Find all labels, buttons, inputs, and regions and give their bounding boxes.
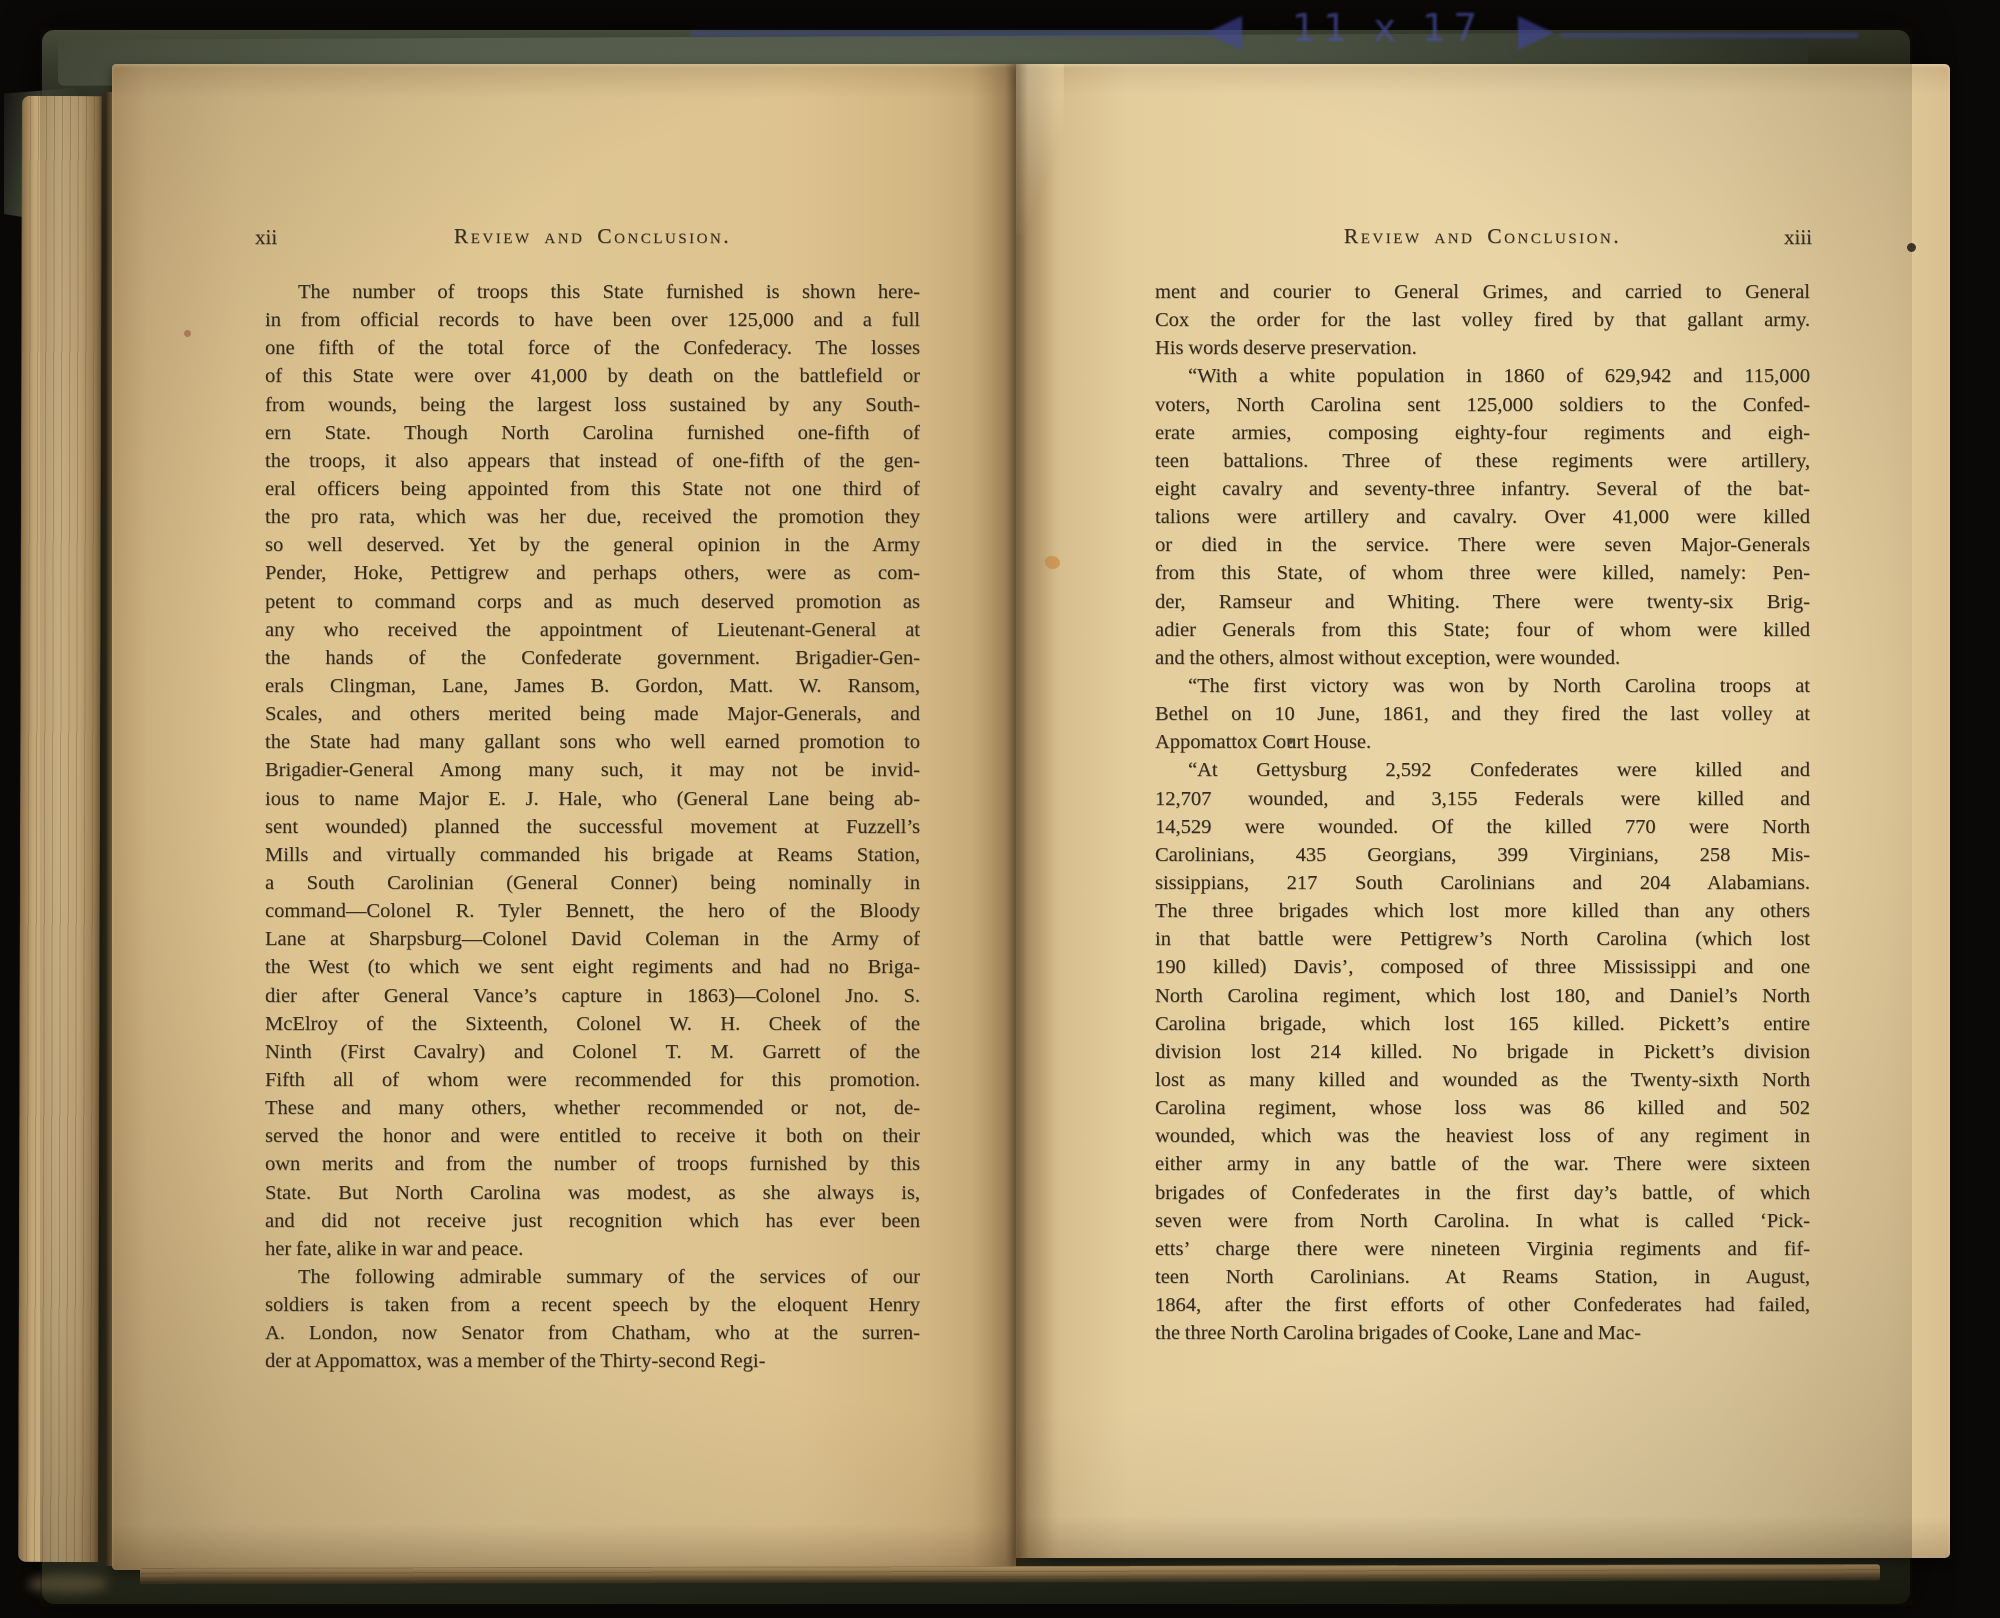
text-line: from this State, of whom three were kill… (1155, 559, 1810, 587)
text-line: the troops, it also appears that instead… (265, 447, 920, 475)
ink-dot (1288, 738, 1293, 744)
text-line: the State had many gallant sons who well… (265, 728, 920, 756)
text-line: command—Colonel R. Tyler Bennett, the he… (265, 897, 920, 925)
text-line: soldiers is taken from a recent speech b… (265, 1291, 920, 1319)
text-line: “With a white population in 1860 of 629,… (1155, 362, 1810, 390)
text-line: in that battle were Pettigrew’s North Ca… (1155, 925, 1810, 953)
text-line: Carolinians, 435 Georgians, 399 Virginia… (1155, 841, 1810, 869)
text-line: eral officers being appointed from this … (265, 475, 920, 503)
right-running-header: Review and Conclusion. (1155, 224, 1810, 249)
page-fold-highlight (1016, 64, 1064, 234)
text-line: brigades of Confederates in the first da… (1155, 1179, 1810, 1207)
text-line: adier Generals from this State; four of … (1155, 616, 1810, 644)
text-line: Cox the order for the last volley fired … (1155, 306, 1810, 334)
text-line: any who received the appointment of Lieu… (265, 616, 920, 644)
text-line: Ninth (First Cavalry) and Colonel T. M. … (265, 1038, 920, 1066)
text-line: the three North Carolina brigades of Coo… (1155, 1319, 1810, 1347)
text-line: Carolina brigade, which lost 165 killed.… (1155, 1010, 1810, 1038)
text-line: erate armies, composing eighty-four regi… (1155, 419, 1810, 447)
text-line: a South Carolinian (General Conner) bein… (265, 869, 920, 897)
text-line: wounded, which was the heaviest loss of … (1155, 1122, 1810, 1150)
text-line: of this State were over 41,000 by death … (265, 362, 920, 390)
text-line: der, Ramseur and Whiting. There were twe… (1155, 588, 1810, 616)
text-line: ious to name Major E. J. Hale, who (Gene… (265, 785, 920, 813)
text-line: Lane at Sharpsburg—Colonel David Coleman… (265, 925, 920, 953)
text-line: one fifth of the total force of the Conf… (265, 334, 920, 362)
text-line: in from official records to have been ov… (265, 306, 920, 334)
text-line: Bethel on 10 June, 1861, and they fired … (1155, 700, 1810, 728)
text-line: North Carolina regiment, which lost 180,… (1155, 982, 1810, 1010)
annotation-size-label: 11 x 17 (1292, 6, 1484, 50)
right-arrow-icon (1518, 16, 1554, 50)
text-line: teen battalions. Three of these regiment… (1155, 447, 1810, 475)
text-line: A. London, now Senator from Chatham, who… (265, 1319, 920, 1347)
ink-dot (1907, 243, 1916, 252)
worn-cover-corner (28, 1574, 108, 1594)
left-page-header: xii Review and Conclusion. (265, 224, 920, 256)
text-line: His words deserve preservation. (1155, 334, 1810, 362)
text-line: voters, North Carolina sent 125,000 sold… (1155, 391, 1810, 419)
text-line: erals Clingman, Lane, James B. Gordon, M… (265, 672, 920, 700)
text-line: 12,707 wounded, and 3,155 Federals were … (1155, 785, 1810, 813)
text-line: 190 killed) Davis’, composed of three Mi… (1155, 953, 1810, 981)
text-line: sissippians, 217 South Carolinians and 2… (1155, 869, 1810, 897)
text-line: the hands of the Confederate government.… (265, 644, 920, 672)
text-line: The three brigades which lost more kille… (1155, 897, 1810, 925)
left-page-number: xii (255, 225, 277, 250)
text-line: talions were artillery and cavalry. Over… (1155, 503, 1810, 531)
text-line: Mills and virtually commanded his brigad… (265, 841, 920, 869)
left-running-header: Review and Conclusion. (265, 224, 920, 249)
text-line: Scales, and others merited being made Ma… (265, 700, 920, 728)
text-line: eight cavalry and seventy-three infantry… (1155, 475, 1810, 503)
text-line: “At Gettysburg 2,592 Confederates were k… (1155, 756, 1810, 784)
text-line: “The first victory was won by North Caro… (1155, 672, 1810, 700)
text-line: ment and courier to General Grimes, and … (1155, 278, 1810, 306)
text-line: from wounds, being the largest loss sust… (265, 391, 920, 419)
text-line: own merits and from the number of troops… (265, 1150, 920, 1178)
text-line: ern State. Though North Carolina furnish… (265, 419, 920, 447)
right-page-header: Review and Conclusion. xiii (1155, 224, 1810, 256)
right-page-text: ment and courier to General Grimes, and … (1155, 278, 1810, 1347)
text-line: and did not receive just recognition whi… (265, 1207, 920, 1235)
text-line: der at Appomattox, was a member of the T… (265, 1347, 920, 1375)
text-line: the pro rata, which was her due, receive… (265, 503, 920, 531)
page-edge-stack (18, 96, 102, 1562)
text-line: Appomattox Court House. (1155, 728, 1810, 756)
text-line: so well deserved. Yet by the general opi… (265, 531, 920, 559)
text-line: McElroy of the Sixteenth, Colonel W. H. … (265, 1010, 920, 1038)
text-line: 1864, after the first efforts of other C… (1155, 1291, 1810, 1319)
text-line: lost as many killed and wounded as the T… (1155, 1066, 1810, 1094)
annotation-line-left (690, 31, 1210, 36)
text-line: The number of troops this State furnishe… (265, 278, 920, 306)
text-line: her fate, alike in war and peace. (265, 1235, 920, 1263)
scan-size-annotation: 11 x 17 (0, 0, 2000, 60)
book-scan-photo: xii Review and Conclusion. The number of… (0, 0, 2000, 1618)
bottom-page-edges (140, 1564, 1880, 1585)
text-line: seven were from North Carolina. In what … (1155, 1207, 1810, 1235)
paper-speck (1045, 556, 1060, 569)
text-line: etts’ charge there were nineteen Virgini… (1155, 1235, 1810, 1263)
left-page-text: The number of troops this State furnishe… (265, 278, 920, 1375)
text-line: either army in any battle of the war. Th… (1155, 1150, 1810, 1178)
right-page-number: xiii (1784, 225, 1812, 250)
text-line: petent to command corps and as much dese… (265, 588, 920, 616)
text-line: sent wounded) planned the successful mov… (265, 813, 920, 841)
text-line: teen North Carolinians. At Reams Station… (1155, 1263, 1810, 1291)
text-line: Brigadier-General Among many such, it ma… (265, 756, 920, 784)
left-page: xii Review and Conclusion. The number of… (112, 64, 1016, 1570)
text-line: State. But North Carolina was modest, as… (265, 1179, 920, 1207)
left-arrow-icon (1206, 16, 1242, 50)
text-line: or died in the service. There were seven… (1155, 531, 1810, 559)
text-line: The following admirable summary of the s… (265, 1263, 920, 1291)
text-line: the West (to which we sent eight regimen… (265, 953, 920, 981)
text-line: Carolina regiment, whose loss was 86 kil… (1155, 1094, 1810, 1122)
text-line: and the others, almost without exception… (1155, 644, 1810, 672)
right-page: Review and Conclusion. xiii ment and cou… (1016, 64, 1950, 1558)
text-line: 14,529 were wounded. Of the killed 770 w… (1155, 813, 1810, 841)
text-line: These and many others, whether recommend… (265, 1094, 920, 1122)
text-line: served the honor and were entitled to re… (265, 1122, 920, 1150)
text-line: Fifth all of whom were recommended for t… (265, 1066, 920, 1094)
text-line: division lost 214 killed. No brigade in … (1155, 1038, 1810, 1066)
paper-speck (184, 330, 191, 337)
text-line: Pender, Hoke, Pettigrew and perhaps othe… (265, 559, 920, 587)
text-line: dier after General Vance’s capture in 18… (265, 982, 920, 1010)
annotation-line-right (1560, 33, 1858, 38)
